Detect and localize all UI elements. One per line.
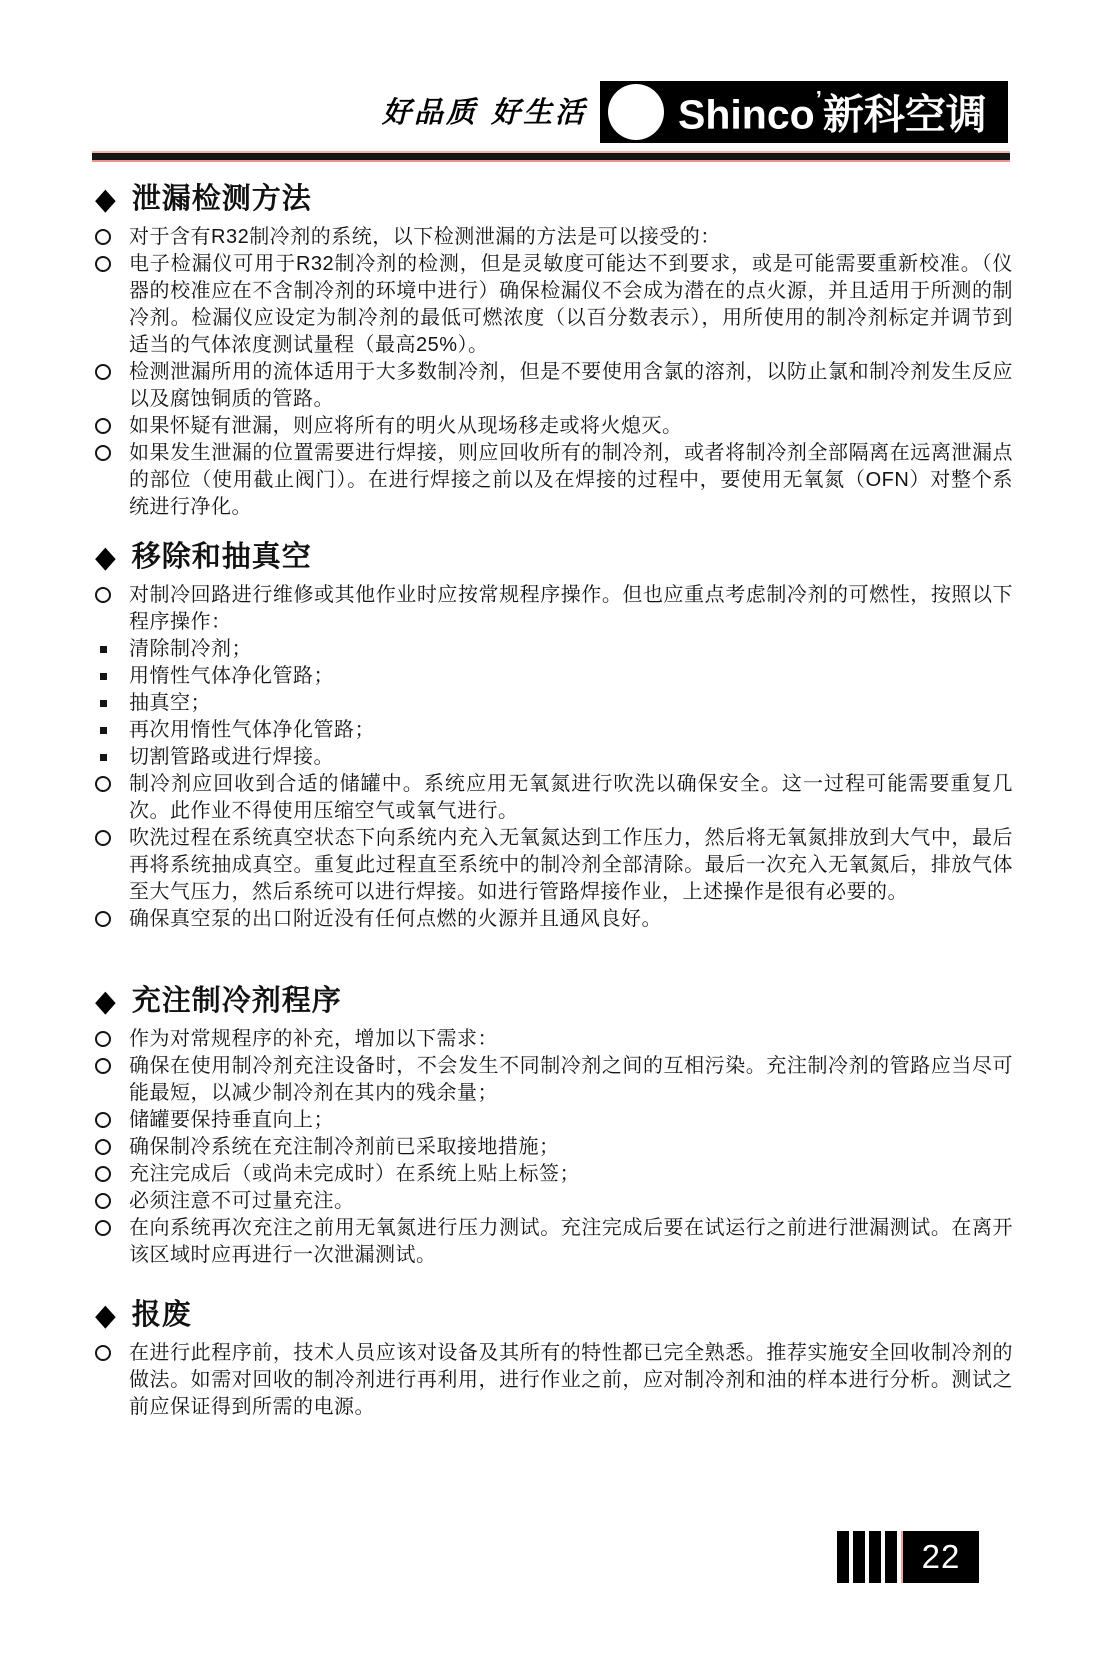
list-item: 确保真空泵的出口附近没有任何点燃的火源并且通风良好。 <box>95 906 1013 933</box>
circle-bullet-icon <box>95 256 111 272</box>
circle-bullet-icon <box>95 1058 111 1074</box>
section-title: 泄漏检测方法 <box>132 181 312 217</box>
section-heading: ◆移除和抽真空 <box>95 539 1013 575</box>
diamond-bullet-icon: ◆ <box>95 986 117 1016</box>
bullet-column <box>95 1188 129 1209</box>
item-text: 确保真空泵的出口附近没有任何点燃的火源并且通风良好。 <box>129 906 1013 933</box>
circle-bullet-icon <box>95 364 111 380</box>
list-item: 充注完成后（或尚未完成时）在系统上贴上标签； <box>95 1161 1013 1188</box>
list-item: 在向系统再次充注之前用无氧氮进行压力测试。充注完成后要在试运行之前进行泄漏测试。… <box>95 1215 1013 1269</box>
item-text: 确保在使用制冷剂充注设备时，不会发生不同制冷剂之间的互相污染。充注制冷剂的管路应… <box>129 1053 1013 1107</box>
bullet-column <box>95 771 129 792</box>
circle-bullet-icon <box>95 830 111 846</box>
item-text: 在进行此程序前，技术人员应该对设备及其所有的特性都已完全熟悉。推荐实施安全回收制… <box>129 1340 1013 1421</box>
bullet-column <box>95 906 129 927</box>
list-item: 抽真空； <box>95 690 1013 717</box>
item-text: 检测泄漏所用的流体适用于大多数制冷剂，但是不要使用含氯的溶剂，以防止氯和制冷剂发… <box>129 359 1013 413</box>
section-heading: ◆泄漏检测方法 <box>95 181 1013 217</box>
list-item: 储罐要保持垂直向上； <box>95 1107 1013 1134</box>
footer-bar-icon <box>837 1531 849 1583</box>
item-text: 用惰性气体净化管路； <box>129 663 1013 690</box>
page-number: 22 <box>922 1538 961 1576</box>
list-item: 对制冷回路进行维修或其他作业时应按常规程序操作。但也应重点考虑制冷剂的可燃性，按… <box>95 582 1013 636</box>
section: ◆充注制冷剂程序作为对常规程序的补充，增加以下需求：确保在使用制冷剂充注设备时，… <box>95 983 1013 1269</box>
page-number-badge: 22 <box>903 1531 979 1583</box>
logo-trademark-icon: ’ <box>816 87 822 112</box>
circle-bullet-icon <box>95 418 111 434</box>
circle-bullet-icon <box>95 1112 111 1128</box>
dot-bullet-icon <box>100 646 107 653</box>
item-text: 对制冷回路进行维修或其他作业时应按常规程序操作。但也应重点考虑制冷剂的可燃性，按… <box>129 582 1013 636</box>
item-text: 作为对常规程序的补充，增加以下需求： <box>129 1026 1013 1053</box>
item-text: 吹洗过程在系统真空状态下向系统内充入无氧氮达到工作压力，然后将无氧氮排放到大气中… <box>129 825 1013 906</box>
section-title: 充注制冷剂程序 <box>132 983 342 1019</box>
circle-bullet-icon <box>95 1166 111 1182</box>
item-text: 切割管路或进行焊接。 <box>129 744 1013 771</box>
item-text: 清除制冷剂； <box>129 636 1013 663</box>
section-heading: ◆报废 <box>95 1297 1013 1333</box>
bullet-column <box>95 1215 129 1236</box>
list-item: 对于含有R32制冷剂的系统，以下检测泄漏的方法是可以接受的： <box>95 224 1013 251</box>
item-text: 充注完成后（或尚未完成时）在系统上贴上标签； <box>129 1161 1013 1188</box>
section-heading: ◆充注制冷剂程序 <box>95 983 1013 1019</box>
bullet-column <box>95 224 129 245</box>
section: ◆报废在进行此程序前，技术人员应该对设备及其所有的特性都已完全熟悉。推荐实施安全… <box>95 1297 1013 1421</box>
bullet-column <box>95 717 129 734</box>
list-item: 确保在使用制冷剂充注设备时，不会发生不同制冷剂之间的互相污染。充注制冷剂的管路应… <box>95 1053 1013 1107</box>
circle-bullet-icon <box>95 911 111 927</box>
circle-bullet-icon <box>95 1193 111 1209</box>
section: ◆泄漏检测方法对于含有R32制冷剂的系统，以下检测泄漏的方法是可以接受的：电子检… <box>95 181 1013 521</box>
section-title: 移除和抽真空 <box>132 539 312 575</box>
circle-bullet-icon <box>95 1345 111 1361</box>
item-text: 再次用惰性气体净化管路； <box>129 717 1013 744</box>
item-text: 抽真空； <box>129 690 1013 717</box>
circle-bullet-icon <box>95 445 111 461</box>
list-item: 清除制冷剂； <box>95 636 1013 663</box>
list-item: 检测泄漏所用的流体适用于大多数制冷剂，但是不要使用含氯的溶剂，以防止氯和制冷剂发… <box>95 359 1013 413</box>
item-text: 在向系统再次充注之前用无氧氮进行压力测试。充注完成后要在试运行之前进行泄漏测试。… <box>129 1215 1013 1269</box>
logo-text: Shinco’新科空调 <box>678 89 987 136</box>
logo-notch-shape <box>608 84 664 140</box>
bullet-column <box>95 1134 129 1155</box>
list-item: 作为对常规程序的补充，增加以下需求： <box>95 1026 1013 1053</box>
bullet-column <box>95 582 129 603</box>
page-footer: 22 <box>837 1531 979 1583</box>
bullet-column <box>95 413 129 434</box>
list-item: 如果发生泄漏的位置需要进行焊接，则应回收所有的制冷剂，或者将制冷剂全部隔离在远离… <box>95 440 1013 521</box>
brand-logo: Shinco’新科空调 <box>600 81 1008 143</box>
dot-bullet-icon <box>100 754 107 761</box>
bullet-column <box>95 1340 129 1361</box>
bullet-column <box>95 1053 129 1074</box>
circle-bullet-icon <box>95 587 111 603</box>
bullet-column <box>95 1161 129 1182</box>
circle-bullet-icon <box>95 1220 111 1236</box>
footer-bar-icon <box>869 1531 881 1583</box>
section: ◆移除和抽真空对制冷回路进行维修或其他作业时应按常规程序操作。但也应重点考虑制冷… <box>95 539 1013 933</box>
list-item: 在进行此程序前，技术人员应该对设备及其所有的特性都已完全熟悉。推荐实施安全回收制… <box>95 1340 1013 1421</box>
item-text: 对于含有R32制冷剂的系统，以下检测泄漏的方法是可以接受的： <box>129 224 1013 251</box>
bullet-column <box>95 663 129 680</box>
item-text: 制冷剂应回收到合适的储罐中。系统应用无氧氮进行吹洗以确保安全。这一过程可能需要重… <box>129 771 1013 825</box>
item-text: 确保制冷系统在充注制冷剂前已采取接地措施； <box>129 1134 1013 1161</box>
item-text: 储罐要保持垂直向上； <box>129 1107 1013 1134</box>
list-item: 必须注意不可过量充注。 <box>95 1188 1013 1215</box>
footer-bar-icon <box>885 1531 897 1583</box>
section-title: 报废 <box>132 1297 192 1333</box>
bullet-column <box>95 359 129 380</box>
brand-slogan: 好品质 好生活 <box>382 90 597 131</box>
circle-bullet-icon <box>95 1031 111 1047</box>
dot-bullet-icon <box>100 700 107 707</box>
bullet-column <box>95 440 129 461</box>
list-item: 电子检漏仪可用于R32制冷剂的检测，但是灵敏度可能达不到要求，或是可能需要重新校… <box>95 251 1013 359</box>
item-text: 如果怀疑有泄漏，则应将所有的明火从现场移走或将火熄灭。 <box>129 413 1013 440</box>
list-item: 用惰性气体净化管路； <box>95 663 1013 690</box>
diamond-bullet-icon: ◆ <box>95 1300 117 1330</box>
bullet-column <box>95 1026 129 1047</box>
diamond-bullet-icon: ◆ <box>95 542 117 572</box>
logo-text-cn: 新科空调 <box>823 92 987 138</box>
circle-bullet-icon <box>95 1139 111 1155</box>
circle-bullet-icon <box>95 776 111 792</box>
item-text: 必须注意不可过量充注。 <box>129 1188 1013 1215</box>
dot-bullet-icon <box>100 727 107 734</box>
item-text: 电子检漏仪可用于R32制冷剂的检测，但是灵敏度可能达不到要求，或是可能需要重新校… <box>129 251 1013 359</box>
list-item: 确保制冷系统在充注制冷剂前已采取接地措施； <box>95 1134 1013 1161</box>
bullet-column <box>95 690 129 707</box>
diamond-bullet-icon: ◆ <box>95 184 117 214</box>
circle-bullet-icon <box>95 229 111 245</box>
bullet-column <box>95 744 129 761</box>
bullet-column <box>95 636 129 653</box>
header-divider <box>92 151 1010 162</box>
bullet-column <box>95 825 129 846</box>
list-item: 吹洗过程在系统真空状态下向系统内充入无氧氮达到工作压力，然后将无氧氮排放到大气中… <box>95 825 1013 906</box>
footer-bar-icon <box>853 1531 865 1583</box>
bullet-column <box>95 1107 129 1128</box>
list-item: 再次用惰性气体净化管路； <box>95 717 1013 744</box>
item-text: 如果发生泄漏的位置需要进行焊接，则应回收所有的制冷剂，或者将制冷剂全部隔离在远离… <box>129 440 1013 521</box>
list-item: 制冷剂应回收到合适的储罐中。系统应用无氧氮进行吹洗以确保安全。这一过程可能需要重… <box>95 771 1013 825</box>
list-item: 切割管路或进行焊接。 <box>95 744 1013 771</box>
dot-bullet-icon <box>100 673 107 680</box>
logo-text-en: Shinco <box>678 92 815 138</box>
list-item: 如果怀疑有泄漏，则应将所有的明火从现场移走或将火熄灭。 <box>95 413 1013 440</box>
bullet-column <box>95 251 129 272</box>
